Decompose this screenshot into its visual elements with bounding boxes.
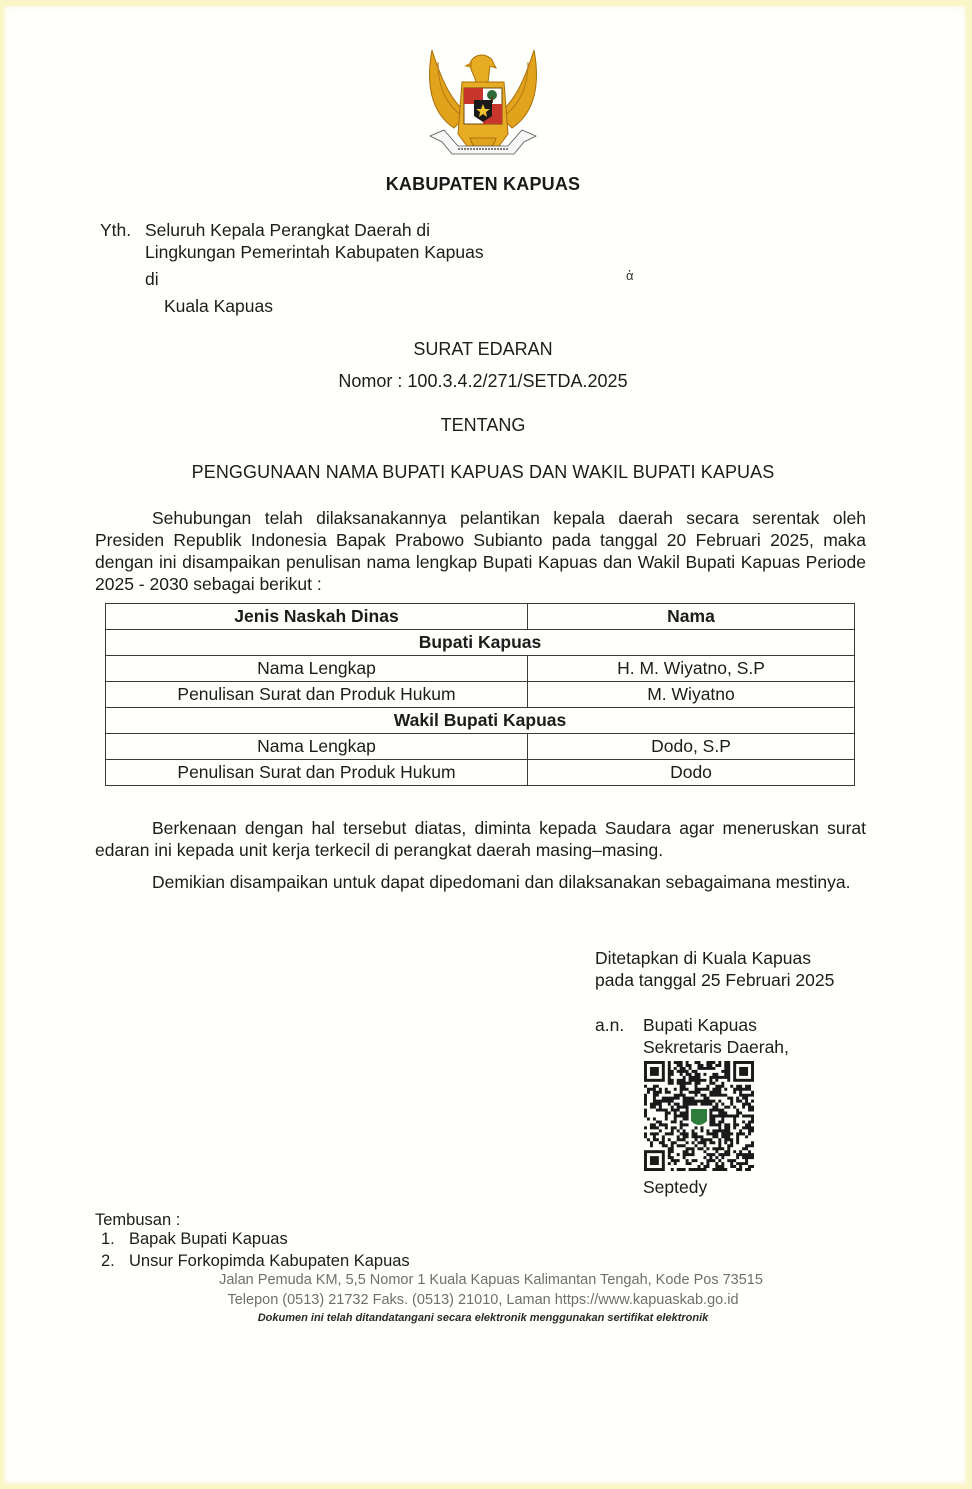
table-row: Nama Lengkap Dodo, S.P [106,734,855,760]
letter-subject: PENGGUNAAN NAMA BUPATI KAPUAS DAN WAKIL … [0,462,966,483]
footer-address: Jalan Pemuda KM, 5,5 Nomor 1 Kuala Kapua… [8,1272,972,1288]
address-di: di [145,268,159,291]
table-cell: Dodo [528,760,855,786]
table-row: Penulisan Surat dan Produk Hukum Dodo [106,760,855,786]
paragraph-1-text: Sehubungan telah dilaksanakannya pelanti… [95,508,866,594]
margin-mark: ἀ [626,268,634,283]
agency-name: KABUPATEN KAPUAS [0,174,966,195]
table-header-row: Jenis Naskah Dinas Nama [106,604,855,630]
paragraph-3-text: Demikian disampaikan untuk dapat dipedom… [152,872,851,892]
signer-role-1: Bupati Kapuas [643,1014,757,1036]
table-group-row: Bupati Kapuas [106,630,855,656]
table-cell: Dodo, S.P [528,734,855,760]
names-table: Jenis Naskah Dinas Nama Bupati Kapuas Na… [105,603,855,786]
table-cell: M. Wiyatno [528,682,855,708]
table-cell: Nama Lengkap [106,656,528,682]
table-cell: Penulisan Surat dan Produk Hukum [106,760,528,786]
group-title: Bupati Kapuas [106,630,855,656]
body-paragraph-3: Demikian disampaikan untuk dapat dipedom… [95,871,866,893]
copy-item: 2.Unsur Forkopimda Kabupaten Kapuas [101,1251,410,1272]
address-city: Kuala Kapuas [164,295,273,318]
table-row: Penulisan Surat dan Produk Hukum M. Wiya… [106,682,855,708]
copy-item: 1.Bapak Bupati Kapuas [101,1229,288,1250]
footer-esign-note: Dokumen ini telah ditandatangani secara … [0,1312,966,1324]
group-title: Wakil Bupati Kapuas [106,708,855,734]
table-group-row: Wakil Bupati Kapuas [106,708,855,734]
footer-contact: Telepon (0513) 21732 Faks. (0513) 21010,… [0,1292,966,1308]
letter-type: SURAT EDARAN [0,339,966,360]
column-header: Jenis Naskah Dinas [106,604,528,630]
body-paragraph-2: Berkenaan dengan hal tersebut diatas, di… [95,817,866,861]
on-behalf: a.n. [595,1014,624,1036]
about-label: TENTANG [0,415,966,436]
signer-name: Septedy [643,1176,707,1198]
copies-title: Tembusan : [95,1210,180,1231]
signer-role-2: Sekretaris Daerah, [643,1036,789,1058]
address-line-2: Lingkungan Pemerintah Kabupaten Kapuas [145,241,484,264]
sign-date: pada tanggal 25 Februari 2025 [595,969,834,991]
body-paragraph-1: Sehubungan telah dilaksanakannya pelanti… [95,507,866,595]
table-cell: Penulisan Surat dan Produk Hukum [106,682,528,708]
table-row: Nama Lengkap H. M. Wiyatno, S.P [106,656,855,682]
address-line-1: Seluruh Kepala Perangkat Daerah di [145,219,430,242]
column-header: Nama [528,604,855,630]
table-cell: H. M. Wiyatno, S.P [528,656,855,682]
garuda-emblem-icon [424,42,542,164]
letter-number: Nomor : 100.3.4.2/271/SETDA.2025 [0,371,966,392]
sign-place: Ditetapkan di Kuala Kapuas [595,947,811,969]
table-cell: Nama Lengkap [106,734,528,760]
address-prefix: Yth. [100,219,131,242]
paragraph-2-text: Berkenaan dengan hal tersebut diatas, di… [95,818,866,860]
qr-code-icon [644,1061,754,1171]
